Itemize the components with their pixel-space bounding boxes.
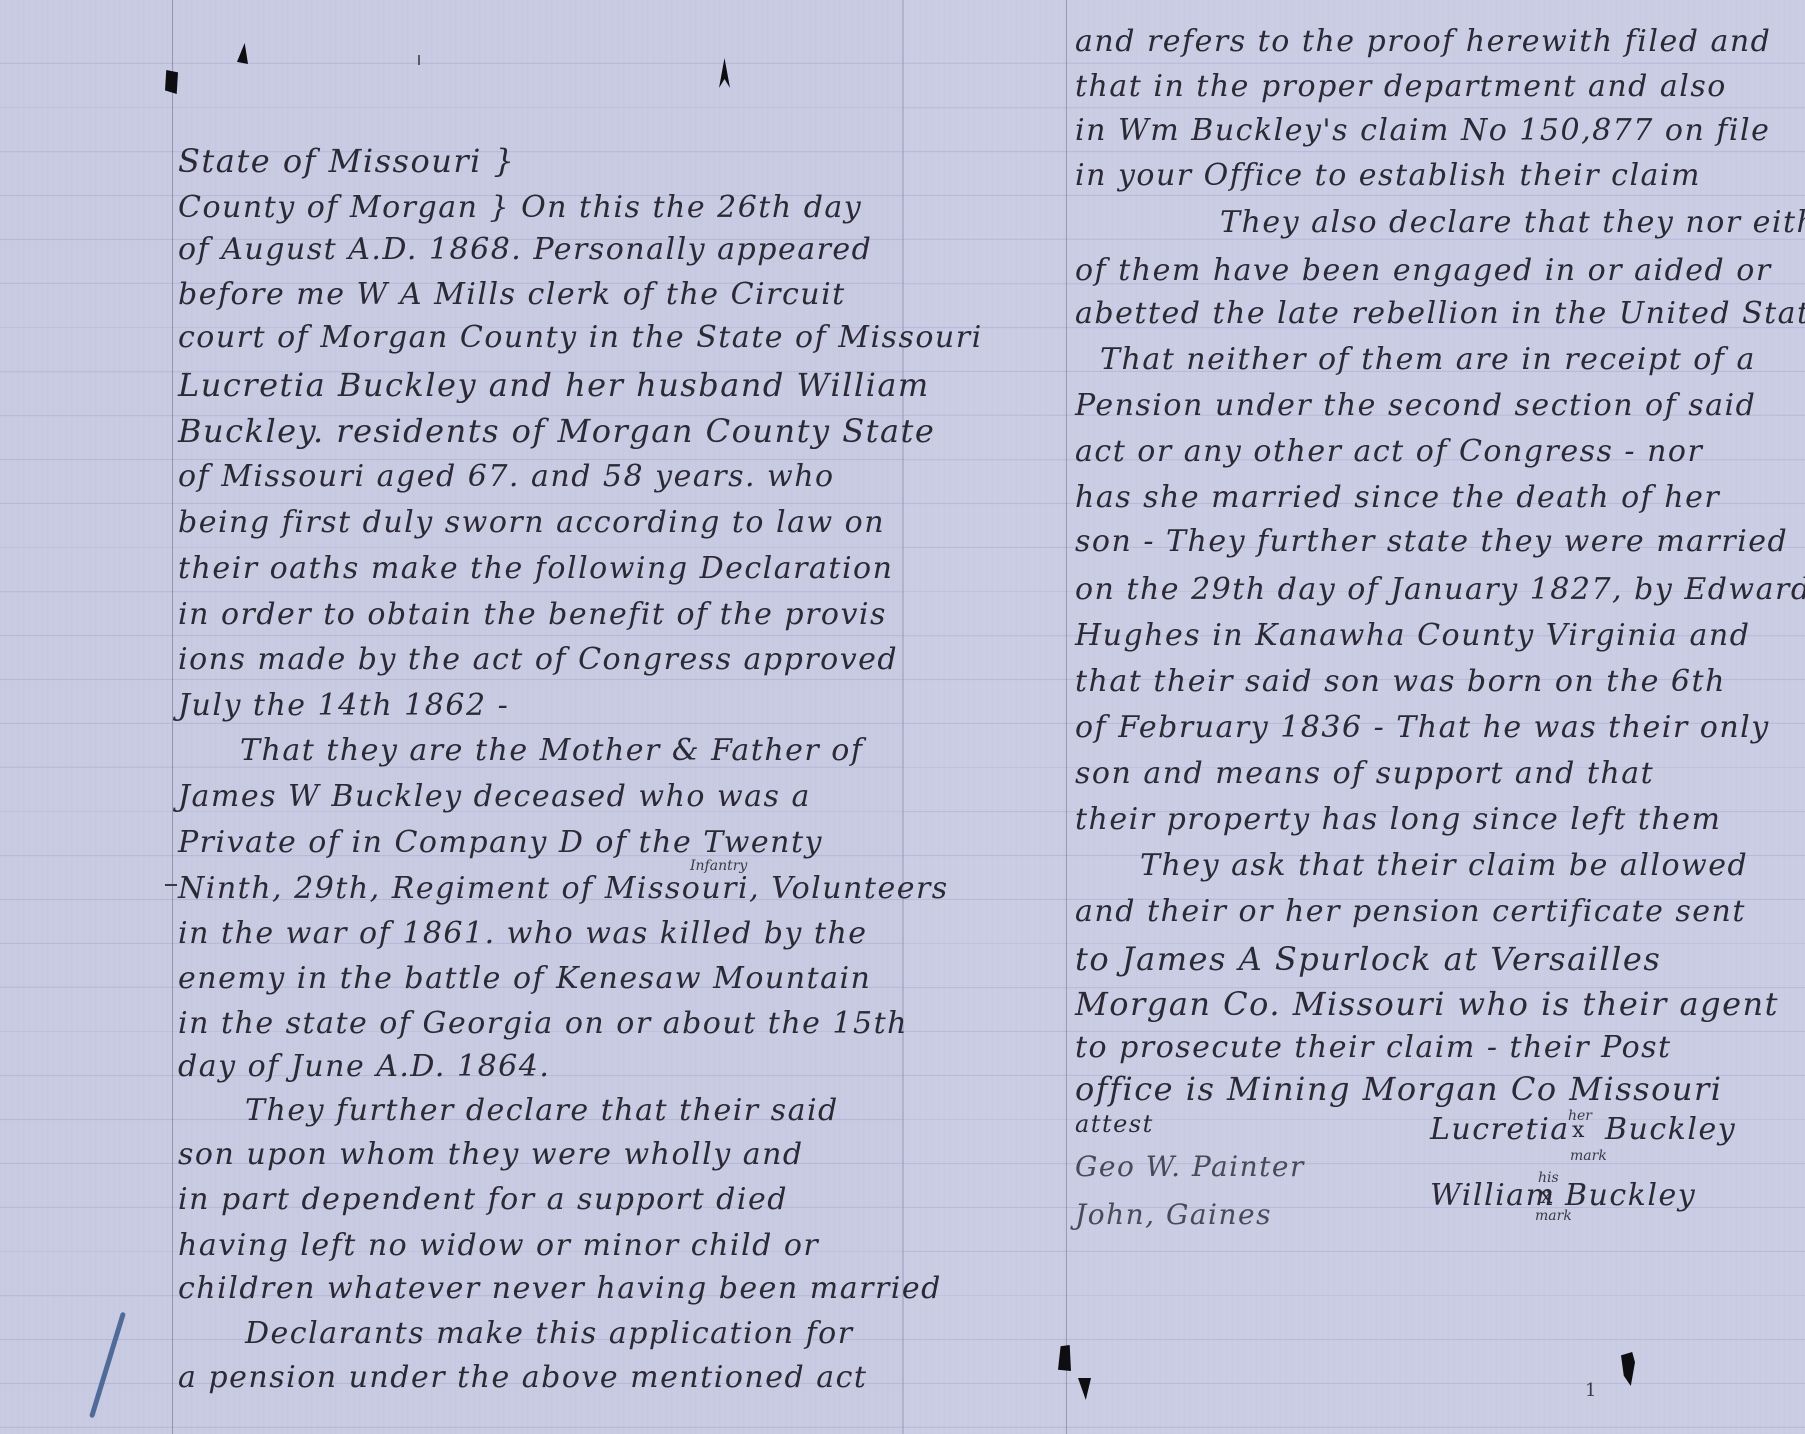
text-line: act or any other act of Congress - nor: [1075, 434, 1703, 469]
text-line: Buckley. residents of Morgan County Stat…: [178, 412, 935, 450]
text-line: and their or her pension certificate sen…: [1075, 894, 1746, 929]
text-line: court of Morgan County in the State of M…: [178, 320, 983, 355]
signature-first-name: Lucretia: [1430, 1112, 1570, 1147]
text-line: in Wm Buckley's claim No 150,877 on file: [1075, 113, 1770, 148]
text-line: of Missouri aged 67. and 58 years. who: [178, 459, 835, 494]
witness-signature: Geo W. Painter: [1075, 1150, 1305, 1183]
text-line: in part dependent for a support died: [178, 1182, 788, 1217]
text-line: of February 1836 - That he was their onl…: [1075, 710, 1770, 745]
text-line: in order to obtain the benefit of the pr…: [178, 597, 887, 632]
text-line: enemy in the battle of Kenesaw Mountain: [178, 961, 871, 996]
text-line: office is Mining Morgan Co Missouri: [1075, 1070, 1723, 1108]
text-line: their oaths make the following Declarati…: [178, 551, 893, 586]
text-line: son upon whom they were wholly and: [178, 1137, 804, 1172]
text-line: that their said son was born on the 6th: [1075, 664, 1726, 699]
text-line: County of Morgan } On this the 26th day: [178, 190, 862, 225]
page-number: 1: [1585, 1380, 1596, 1401]
text-line: Hughes in Kanawha County Virginia and: [1075, 618, 1750, 653]
punch-hole-icon: [418, 55, 420, 65]
text-line: on the 29th day of January 1827, by Edwa…: [1075, 572, 1805, 607]
text-line: that in the proper department and also: [1075, 69, 1727, 104]
text-line: of August A.D. 1868. Personally appeared: [178, 232, 872, 267]
text-line: ions made by the act of Congress approve…: [178, 642, 898, 677]
margin-dash-mark: [165, 884, 177, 886]
text-line: James W Buckley deceased who was a: [178, 779, 811, 814]
text-line: having left no widow or minor child or: [178, 1228, 819, 1263]
text-line: son and means of support and that: [1075, 756, 1654, 791]
text-line: They ask that their claim be allowed: [1140, 848, 1748, 883]
text-line: Private of in Company D of the Twenty: [178, 825, 823, 860]
text-line: July the 14th 1862 -: [178, 688, 509, 723]
text-line: in the war of 1861. who was killed by th…: [178, 916, 868, 951]
text-line: abetted the late rebellion in the United…: [1075, 296, 1805, 331]
text-line: to James A Spurlock at Versailles: [1075, 940, 1661, 978]
attest-label: attest: [1075, 1110, 1154, 1138]
left-margin-rule: [172, 0, 173, 1434]
text-line: That they are the Mother & Father of: [240, 733, 863, 768]
witness-signature: John, Gaines: [1075, 1198, 1272, 1231]
signature-mark: x: [1572, 1118, 1586, 1143]
text-line: before me W A Mills clerk of the Circuit: [178, 277, 846, 312]
text-line: and refers to the proof herewith filed a…: [1075, 24, 1771, 59]
text-line: They also declare that they nor either: [1220, 205, 1805, 240]
text-line: Lucretia Buckley and her husband William: [178, 366, 930, 404]
punch-hole-icon: [165, 70, 178, 94]
text-line: has she married since the death of her: [1075, 480, 1720, 515]
text-line: Ninth, 29th, Regiment of Missouri, Volun…: [178, 871, 949, 906]
page-seam: [902, 0, 904, 1434]
text-line: to prosecute their claim - their Post: [1075, 1030, 1672, 1065]
text-line: a pension under the above mentioned act: [178, 1360, 867, 1395]
text-line: State of Missouri }: [178, 142, 515, 180]
mark-below: mark: [1535, 1208, 1572, 1224]
text-line: Declarants make this application for: [245, 1316, 854, 1351]
signature-mark: x: [1540, 1184, 1554, 1209]
signature-last-name: Buckley: [1605, 1112, 1736, 1147]
text-line: in the state of Georgia on or about the …: [178, 1006, 908, 1041]
text-line: in your Office to establish their claim: [1075, 158, 1701, 193]
mark-below: mark: [1570, 1148, 1607, 1164]
text-line: Pension under the second section of said: [1075, 388, 1756, 423]
text-line: day of June A.D. 1864.: [178, 1049, 550, 1084]
text-line: son - They further state they were marri…: [1075, 524, 1788, 559]
text-line: of them have been engaged in or aided or: [1075, 253, 1772, 288]
right-margin-rule: [1066, 0, 1067, 1434]
signature-last-name: Buckley: [1565, 1178, 1696, 1213]
text-line: Morgan Co. Missouri who is their agent: [1075, 985, 1779, 1023]
text-line: That neither of them are in receipt of a: [1100, 342, 1756, 377]
text-line: children whatever never having been marr…: [178, 1271, 942, 1306]
text-line: being first duly sworn according to law …: [178, 505, 885, 540]
text-line: They further declare that their said: [245, 1093, 839, 1128]
text-line: their property has long since left them: [1075, 802, 1721, 837]
